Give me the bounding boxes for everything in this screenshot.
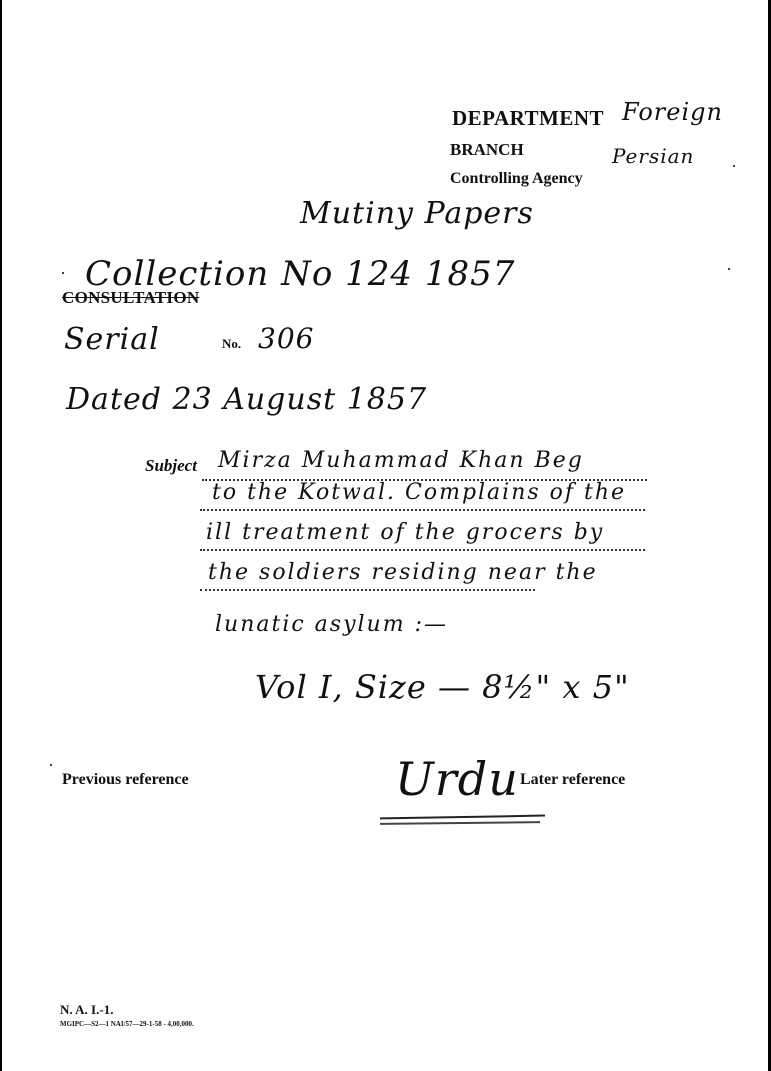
subject-label: Subject bbox=[145, 456, 197, 476]
department-value-handwritten: Foreign bbox=[622, 98, 723, 126]
consultation-label-struck: CONSULTATION bbox=[62, 288, 199, 308]
subject-dotted-line-3 bbox=[200, 549, 645, 551]
document-page: DEPARTMENT Foreign BRANCH Persian Contro… bbox=[0, 0, 771, 1071]
subject-line-2: to the Kotwal. Complains of the bbox=[212, 480, 626, 505]
subject-dotted-line-2 bbox=[200, 509, 645, 511]
volume-size-handwritten: Vol I, Size — 8½" x 5" bbox=[255, 668, 630, 706]
scan-speck bbox=[50, 764, 52, 766]
title-handwritten: Mutiny Papers bbox=[300, 196, 534, 231]
subject-line-1: Mirza Muhammad Khan Beg bbox=[218, 448, 584, 473]
subject-dotted-line-4 bbox=[200, 589, 535, 591]
branch-value-handwritten: Persian bbox=[612, 144, 694, 168]
serial-no-label: No. bbox=[222, 336, 241, 352]
form-code: N. A. I.-1. bbox=[60, 1002, 113, 1018]
controlling-agency-label: Controlling Agency bbox=[450, 170, 583, 188]
subject-line-4: the soldiers residing near the bbox=[208, 560, 598, 585]
later-reference-label: Later reference bbox=[520, 771, 625, 789]
scan-border-left bbox=[0, 0, 2, 1071]
subject-line-3: ill treatment of the grocers by bbox=[206, 520, 604, 545]
scan-speck bbox=[62, 272, 64, 274]
scan-speck bbox=[728, 268, 730, 270]
language-underline bbox=[380, 815, 545, 820]
scan-speck bbox=[733, 165, 735, 167]
date-handwritten: Dated 23 August 1857 bbox=[66, 382, 427, 417]
branch-label: BRANCH bbox=[450, 140, 524, 160]
department-label: DEPARTMENT bbox=[452, 106, 604, 131]
language-handwritten: Urdu bbox=[395, 752, 519, 806]
serial-word-handwritten: Serial bbox=[64, 322, 160, 357]
language-underline-second bbox=[380, 821, 540, 825]
serial-number-handwritten: 306 bbox=[258, 322, 314, 355]
subject-line-5: lunatic asylum :— bbox=[215, 612, 448, 637]
print-line: MGIPC—S2—1 NAI/57—29-1-58 - 4,00,000. bbox=[60, 1020, 194, 1028]
previous-reference-label: Previous reference bbox=[62, 771, 189, 789]
